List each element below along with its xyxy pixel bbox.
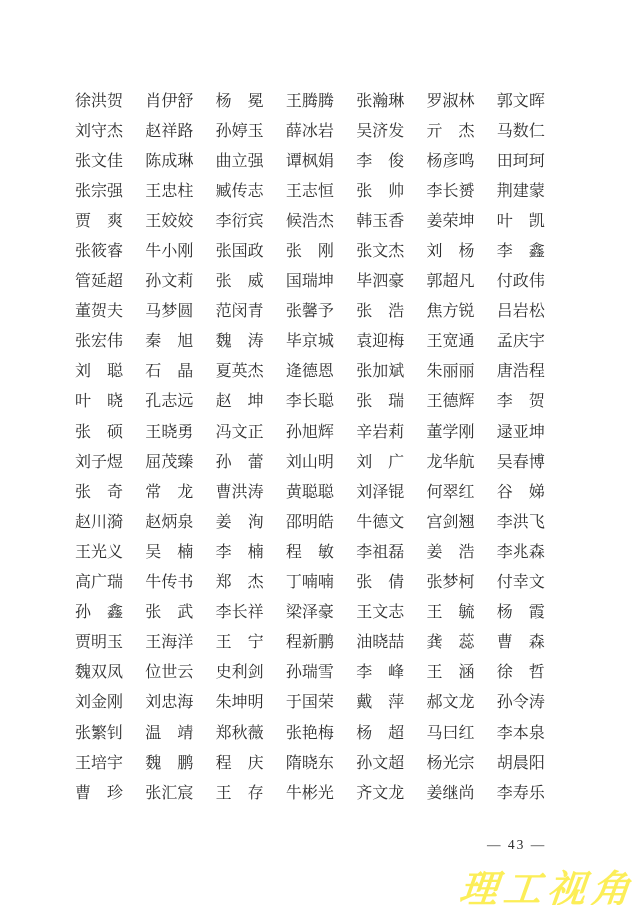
name-cell: 李贺 [497,388,545,411]
name-cell: 马数仁 [497,118,545,141]
name-cell: 张加斌 [356,358,404,381]
name-cell: 国瑞坤 [286,268,334,291]
name-cell: 朱坤明 [216,689,264,712]
name-cell: 姜浩 [426,539,474,562]
name-cell: 戴萍 [356,689,404,712]
name-row: 张奇常龙曹洪涛黄聪聪刘泽锟何翠红谷娣 [75,475,545,505]
name-cell: 程新鹏 [286,629,334,652]
name-cell: 孙婷玉 [216,118,264,141]
name-cell: 谷娣 [497,479,545,502]
name-cell: 臧传志 [216,178,264,201]
name-cell: 逯亚坤 [497,419,545,442]
name-cell: 肖伊舒 [145,88,193,111]
name-cell: 吴楠 [145,539,193,562]
name-cell: 李长祥 [216,599,264,622]
name-cell: 罗淑林 [426,88,474,111]
name-row: 刘子煜屈茂臻孙蕾刘山明刘广龙华航吴春博 [75,445,545,475]
name-cell: 曹森 [497,629,545,652]
name-cell: 孙鑫 [75,599,123,622]
name-row: 张筱睿牛小刚张国政张刚张文杰刘杨李鑫 [75,234,545,264]
name-cell: 李峰 [356,659,404,682]
name-cell: 逄德恩 [286,358,334,381]
name-cell: 辛岩莉 [356,419,404,442]
name-cell: 魏鹏 [145,750,193,773]
name-cell: 刘金刚 [75,689,123,712]
name-cell: 张威 [216,268,264,291]
name-cell: 高广瑞 [75,569,123,592]
name-cell: 杨冕 [216,88,264,111]
name-row: 刘守杰赵祥路孙婷玉薛冰岩吴济发亓杰马数仁 [75,114,545,144]
name-cell: 董学刚 [426,419,474,442]
name-cell: 孙文超 [356,750,404,773]
name-cell: 牛德文 [356,509,404,532]
name-cell: 张艳梅 [286,720,334,743]
name-cell: 刘泽锟 [356,479,404,502]
name-cell: 姜继尚 [426,780,474,803]
name-cell: 王忠柱 [145,178,193,201]
name-cell: 齐文龙 [356,780,404,803]
name-cell: 孙文莉 [145,268,193,291]
name-cell: 范闵青 [216,298,264,321]
name-cell: 杨霞 [497,599,545,622]
name-row: 高广瑞牛传书郑杰丁喃喃张倩张梦柯付幸文 [75,566,545,596]
name-cell: 张馨予 [286,298,334,321]
name-cell: 李长赟 [426,178,474,201]
name-cell: 付幸文 [497,569,545,592]
name-cell: 亓杰 [426,118,474,141]
name-cell: 龙华航 [426,449,474,472]
name-cell: 冯文正 [216,419,264,442]
name-cell: 史利剑 [216,659,264,682]
name-cell: 李祖磊 [356,539,404,562]
name-cell: 秦旭 [145,328,193,351]
name-cell: 李衍宾 [216,208,264,231]
name-row: 刘聪石晶夏英杰逄德恩张加斌朱丽丽唐浩程 [75,355,545,385]
name-cell: 孔志远 [145,388,193,411]
name-cell: 孙瑞雪 [286,659,334,682]
name-cell: 王宁 [216,629,264,652]
name-row: 赵川漪赵炳泉姜洵邵明皓牛德文宫剑翘李洪飞 [75,505,545,535]
name-cell: 孙蕾 [216,449,264,472]
name-cell: 李俊 [356,148,404,171]
name-cell: 张硕 [75,419,123,442]
name-cell: 朱丽丽 [426,358,474,381]
name-row: 王光义吴楠李楠程敏李祖磊姜浩李兆森 [75,535,545,565]
name-cell: 王姣姣 [145,208,193,231]
name-cell: 王文志 [356,599,404,622]
name-cell: 郑秋薇 [216,720,264,743]
name-cell: 李寿乐 [497,780,545,803]
name-cell: 袁迎梅 [356,328,404,351]
name-cell: 贾明玉 [75,629,123,652]
name-cell: 黄聪聪 [286,479,334,502]
name-row: 张繁钊温靖郑秋薇张艳梅杨超马曰红李本泉 [75,716,545,746]
name-cell: 丁喃喃 [286,569,334,592]
name-cell: 管延超 [75,268,123,291]
name-cell: 宫剑翘 [426,509,474,532]
name-cell: 杨超 [356,720,404,743]
name-cell: 刘子煜 [75,449,123,472]
name-cell: 牛传书 [145,569,193,592]
watermark-logo: 理工视角 [457,858,639,905]
name-cell: 油晓喆 [356,629,404,652]
name-cell: 位世云 [145,659,193,682]
name-cell: 王志恒 [286,178,334,201]
name-cell: 张帅 [356,178,404,201]
name-cell: 李楠 [216,539,264,562]
name-row: 张硕王晓勇冯文正孙旭辉辛岩莉董学刚逯亚坤 [75,415,545,445]
name-cell: 刘山明 [286,449,334,472]
name-cell: 张宏伟 [75,328,123,351]
name-cell: 徐哲 [497,659,545,682]
name-cell: 石晶 [145,358,193,381]
name-cell: 叶凯 [497,208,545,231]
name-cell: 郝文龙 [426,689,474,712]
name-cell: 张文佳 [75,148,123,171]
name-cell: 王光义 [75,539,123,562]
name-cell: 张宗强 [75,178,123,201]
name-cell: 夏英杰 [216,358,264,381]
name-cell: 杨彦鸣 [426,148,474,171]
name-cell: 田珂珂 [497,148,545,171]
name-cell: 李洪飞 [497,509,545,532]
name-row: 张文佳陈成琳曲立强谭枫娟李俊杨彦鸣田珂珂 [75,144,545,174]
name-cell: 吕岩松 [497,298,545,321]
name-cell: 王毓 [426,599,474,622]
name-cell: 姜荣坤 [426,208,474,231]
name-cell: 何翠红 [426,479,474,502]
name-cell: 王培宇 [75,750,123,773]
name-row: 叶晓孔志远赵坤李长聪张瑞王德辉李贺 [75,385,545,415]
name-cell: 魏双凤 [75,659,123,682]
name-cell: 杨光宗 [426,750,474,773]
name-cell: 马梦圆 [145,298,193,321]
name-cell: 程庆 [216,750,264,773]
name-cell: 张武 [145,599,193,622]
name-row: 徐洪贺肖伊舒杨冕王腾腾张瀚琳罗淑林郭文晖 [75,84,545,114]
name-cell: 温靖 [145,720,193,743]
name-cell: 张繁钊 [75,720,123,743]
name-cell: 王腾腾 [286,88,334,111]
name-cell: 郑杰 [216,569,264,592]
name-cell: 隋晓东 [286,750,334,773]
name-cell: 徐洪贺 [75,88,123,111]
name-cell: 贾爽 [75,208,123,231]
name-cell: 荆建蒙 [497,178,545,201]
name-cell: 赵坤 [216,388,264,411]
name-cell: 郭超凡 [426,268,474,291]
name-cell: 张筱睿 [75,238,123,261]
name-cell: 吴济发 [356,118,404,141]
name-cell: 郭文晖 [497,88,545,111]
name-grid: 徐洪贺肖伊舒杨冕王腾腾张瀚琳罗淑林郭文晖刘守杰赵祥路孙婷玉薛冰岩吴济发亓杰马数仁… [75,84,545,806]
name-cell: 叶晓 [75,388,123,411]
name-cell: 刘杨 [426,238,474,261]
name-cell: 刘忠海 [145,689,193,712]
name-cell: 毕京城 [286,328,334,351]
name-cell: 李鑫 [497,238,545,261]
name-cell: 于国荣 [286,689,334,712]
name-cell: 赵祥路 [145,118,193,141]
name-cell: 曲立强 [216,148,264,171]
name-cell: 马曰红 [426,720,474,743]
name-cell: 王德辉 [426,388,474,411]
name-cell: 刘广 [356,449,404,472]
name-cell: 张浩 [356,298,404,321]
name-cell: 吴春博 [497,449,545,472]
name-cell: 薛冰岩 [286,118,334,141]
name-row: 张宗强王忠柱臧传志王志恒张帅李长赟荆建蒙 [75,174,545,204]
name-cell: 韩玉香 [356,208,404,231]
name-cell: 孙旭辉 [286,419,334,442]
name-cell: 董贺夫 [75,298,123,321]
name-row: 王培宇魏鹏程庆隋晓东孙文超杨光宗胡晨阳 [75,746,545,776]
name-cell: 刘守杰 [75,118,123,141]
name-cell: 毕泗豪 [356,268,404,291]
page-number: — 43 — [487,837,546,853]
name-cell: 张奇 [75,479,123,502]
name-cell: 陈成琳 [145,148,193,171]
name-cell: 张国政 [216,238,264,261]
name-cell: 梁泽豪 [286,599,334,622]
name-cell: 姜洵 [216,509,264,532]
name-cell: 常龙 [145,479,193,502]
name-row: 曹珍张汇宸王存牛彬光齐文龙姜继尚李寿乐 [75,776,545,806]
name-cell: 李长聪 [286,388,334,411]
name-cell: 谭枫娟 [286,148,334,171]
name-cell: 邵明皓 [286,509,334,532]
name-cell: 孟庆宇 [497,328,545,351]
name-cell: 王晓勇 [145,419,193,442]
name-cell: 李本泉 [497,720,545,743]
name-cell: 张梦柯 [426,569,474,592]
name-cell: 付政伟 [497,268,545,291]
name-cell: 张文杰 [356,238,404,261]
name-cell: 张瀚琳 [356,88,404,111]
name-cell: 张刚 [286,238,334,261]
name-cell: 程敏 [286,539,334,562]
name-cell: 曹洪涛 [216,479,264,502]
name-row: 魏双凤位世云史利剑孙瑞雪李峰王涵徐哲 [75,656,545,686]
name-cell: 牛小刚 [145,238,193,261]
name-row: 刘金刚刘忠海朱坤明于国荣戴萍郝文龙孙令涛 [75,686,545,716]
name-cell: 曹珍 [75,780,123,803]
name-row: 张宏伟秦旭魏涛毕京城袁迎梅王宽通孟庆宇 [75,325,545,355]
name-cell: 唐浩程 [497,358,545,381]
name-row: 贾爽王姣姣李衍宾候浩杰韩玉香姜荣坤叶凯 [75,204,545,234]
name-row: 管延超孙文莉张威国瑞坤毕泗豪郭超凡付政伟 [75,265,545,295]
name-cell: 龚蕊 [426,629,474,652]
name-cell: 王涵 [426,659,474,682]
name-cell: 焦方锐 [426,298,474,321]
name-cell: 刘聪 [75,358,123,381]
name-cell: 胡晨阳 [497,750,545,773]
name-cell: 王海洋 [145,629,193,652]
name-row: 孙鑫张武李长祥梁泽豪王文志王毓杨霞 [75,596,545,626]
name-row: 董贺夫马梦圆范闵青张馨予张浩焦方锐吕岩松 [75,295,545,325]
name-cell: 孙令涛 [497,689,545,712]
name-cell: 赵川漪 [75,509,123,532]
name-cell: 李兆森 [497,539,545,562]
name-cell: 张倩 [356,569,404,592]
name-cell: 王宽通 [426,328,474,351]
name-row: 贾明玉王海洋王宁程新鹏油晓喆龚蕊曹森 [75,626,545,656]
name-cell: 张汇宸 [145,780,193,803]
name-cell: 张瑞 [356,388,404,411]
name-cell: 屈茂臻 [145,449,193,472]
name-cell: 王存 [216,780,264,803]
name-cell: 魏涛 [216,328,264,351]
name-cell: 牛彬光 [286,780,334,803]
document-page: 徐洪贺肖伊舒杨冕王腾腾张瀚琳罗淑林郭文晖刘守杰赵祥路孙婷玉薛冰岩吴济发亓杰马数仁… [0,0,640,905]
name-cell: 候浩杰 [286,208,334,231]
name-cell: 赵炳泉 [145,509,193,532]
